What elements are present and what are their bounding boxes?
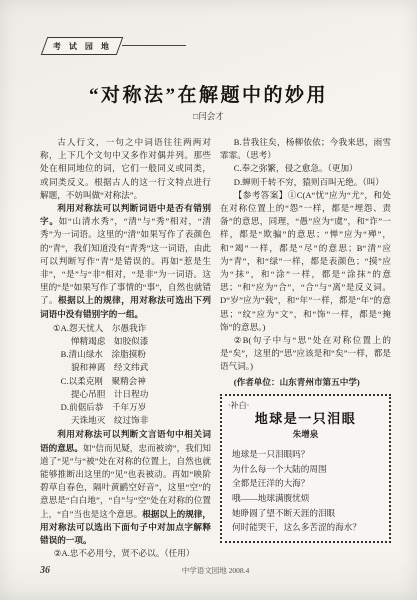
filler-poem-box: ·补白· 地球是一只泪眼 朱增泉 地球是一只泪眼吗？ 为什么每一个大陆的周围 全… xyxy=(220,394,391,543)
poem-line: 哦——地球满腹忧烦 xyxy=(229,491,382,506)
option-1a-line1: ①A.怨天忧人 尔愚我诈 xyxy=(40,322,211,335)
option-1d: D.前倨后恭 千年万岁 天诛地灭 纹过饰非 xyxy=(40,401,211,427)
option-2d: D.蝉则千转不穷，猿则百叫无绝。（叫） xyxy=(220,176,391,189)
paragraph-typo-tail: 根据以上的规律，用对称法可选出下列词语中没有错别字的一组。 xyxy=(40,295,211,318)
section-tag-rule xyxy=(122,45,186,46)
filler-label: ·补白· xyxy=(228,399,249,412)
poem-line: 何时能哭干，这么多苦涩的海水？ xyxy=(229,520,382,535)
option-1b-line2: 貌和神离 经文纬武 xyxy=(40,361,211,374)
article-body: 古人行文，一句之中词语往往两两对称，上下几个文句中又多作对偶并列。那些处在相同地… xyxy=(40,136,391,552)
author-affiliation: (作者单位：山东青州市第五中学) xyxy=(220,376,391,389)
paragraph-typo-body: 如“山清水秀”，“清”与“秀”相对，“清秀”为一词语。这里的“清”如果写作了表颜… xyxy=(40,216,211,305)
option-1c: C.以柔克刚 聚精会神 提心吊胆 计日程功 xyxy=(40,375,211,401)
article-title: “对称法”在解题中的妙用 xyxy=(0,80,417,107)
paragraph-meaning-method: 利用对称法可以判断文言语句中相关词语的意思。如“信而见疑，忠而被谤”，我们知道了… xyxy=(40,428,211,547)
paragraph-typo-method: 利用对称法可以判断词语中是否有错别字。如“山清水秀”，“清”与“秀”相对，“清秀… xyxy=(40,202,211,321)
article-byline: □闫会才 xyxy=(0,110,417,122)
poem-author: 朱增泉 xyxy=(229,428,382,441)
left-column: 古人行文，一句之中词语往往两两对称，上下几个文句中又多作对偶并列。那些处在相同地… xyxy=(40,136,211,552)
option-1a-line2: 惮精竭虑 如胶似漆 xyxy=(40,335,211,348)
poem-line: 为什么每一个大陆的周围 xyxy=(229,462,382,477)
option-1d-line2: 天诛地灭 纹过饰非 xyxy=(40,414,211,427)
option-2b: B.昔我往矣，杨柳依依；今我来思，雨雪霏霏。（思考） xyxy=(220,136,391,162)
poem-line: 她睁圆了望不断天涯的泪眼 xyxy=(229,506,382,521)
option-1b: B.清山绿水 涂脂摸粉 貌和神离 经文纬武 xyxy=(40,348,211,374)
question-1-options: ①A.怨天忧人 尔愚我诈 惮精竭虑 如胶似漆 B.清山绿水 涂脂摸粉 貌和神离 … xyxy=(40,322,211,428)
journal-name: 中学语文园地 2008.4 xyxy=(40,565,391,576)
option-1d-line1: D.前倨后恭 千年万岁 xyxy=(40,401,211,414)
poem-line: 全都是汪洋的大海？ xyxy=(229,476,382,491)
option-1b-line1: B.清山绿水 涂脂摸粉 xyxy=(40,348,211,361)
option-2c: C.奉之弥繁，侵之愈急。（更加） xyxy=(220,162,391,175)
option-1c-line1: C.以柔克刚 聚精会神 xyxy=(40,375,211,388)
reference-answer-1: 【参考答案】①C(A“忧”应为“尤”，和处在对称位置上的“怨”一样，都是“埋怨、… xyxy=(220,189,391,334)
option-1a: ①A.怨天忧人 尔愚我诈 惮精竭虑 如胶似漆 xyxy=(40,322,211,348)
option-2a: ②A.忠不必用兮，贤不必以。（任用） xyxy=(40,547,211,560)
paragraph-meaning-body: 如“信而见疑，忠而被谤”，我们知道了“见”与“被”处在对称的位置上，自然也就能够… xyxy=(40,443,211,519)
poem-title: 地球是一只泪眼 xyxy=(229,412,382,425)
poem-body: 地球是一只泪眼吗？ 为什么每一个大陆的周围 全都是汪洋的大海？ 哦——地球满腹忧… xyxy=(229,447,382,535)
reference-answer-2: ②B(句子中与“思”处在对称位置上的是“矣”，这里的“思”应该是和“矣”一样，都… xyxy=(220,334,391,374)
section-tag: 考 试 园 地 xyxy=(41,37,124,55)
option-1c-line2: 提心吊胆 计日程功 xyxy=(40,388,211,401)
poem-line: 地球是一只泪眼吗？ xyxy=(229,447,382,462)
scanned-magazine-page: 考 试 园 地 “对称法”在解题中的妙用 □闫会才 古人行文，一句之中词语往往两… xyxy=(0,0,417,600)
section-tag-label: 考 试 园 地 xyxy=(53,41,112,52)
paragraph-intro: 古人行文，一句之中词语往往两两对称，上下几个文句中又多作对偶并列。那些处在相同地… xyxy=(40,136,211,202)
right-column: B.昔我往矣，杨柳依依；今我来思，雨雪霏霏。（思考） C.奉之弥繁，侵之愈急。（… xyxy=(220,136,391,552)
